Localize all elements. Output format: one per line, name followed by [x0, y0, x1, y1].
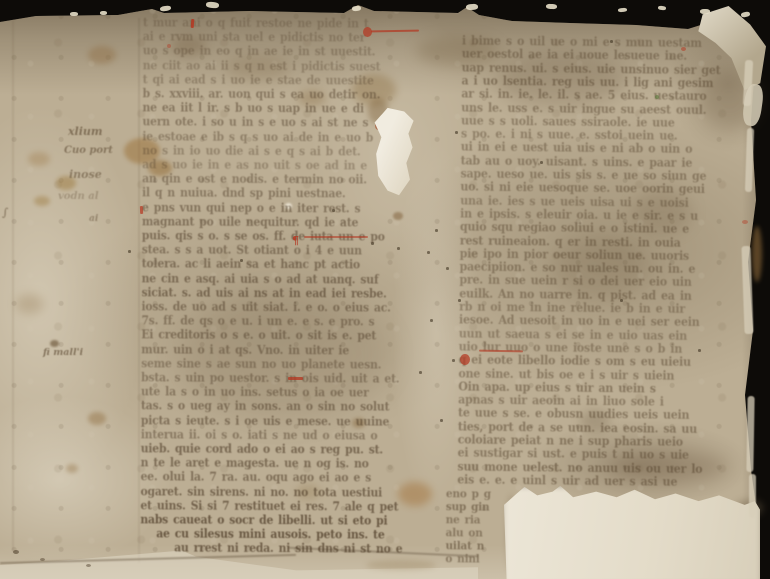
manuscript-photo: t mur ani o q fuit restoe ne pide in tai… [0, 0, 770, 579]
edge-fleck [70, 12, 78, 16]
edge-highlight [741, 246, 753, 334]
edge-fleck [700, 9, 710, 14]
edge-debris-layer [0, 0, 770, 579]
edge-fleck [658, 6, 666, 11]
edge-highlight [743, 60, 753, 106]
edge-fleck [100, 11, 107, 15]
edge-fleck [546, 4, 557, 10]
edge-fleck [618, 8, 627, 13]
edge-highlight [745, 128, 754, 192]
edge-highlight [749, 474, 756, 518]
edge-highlight [746, 396, 754, 472]
edge-fleck [741, 11, 751, 17]
edge-fleck [160, 5, 172, 11]
edge-fleck [206, 1, 219, 8]
edge-fleck [352, 6, 361, 12]
edge-fleck [466, 4, 478, 11]
